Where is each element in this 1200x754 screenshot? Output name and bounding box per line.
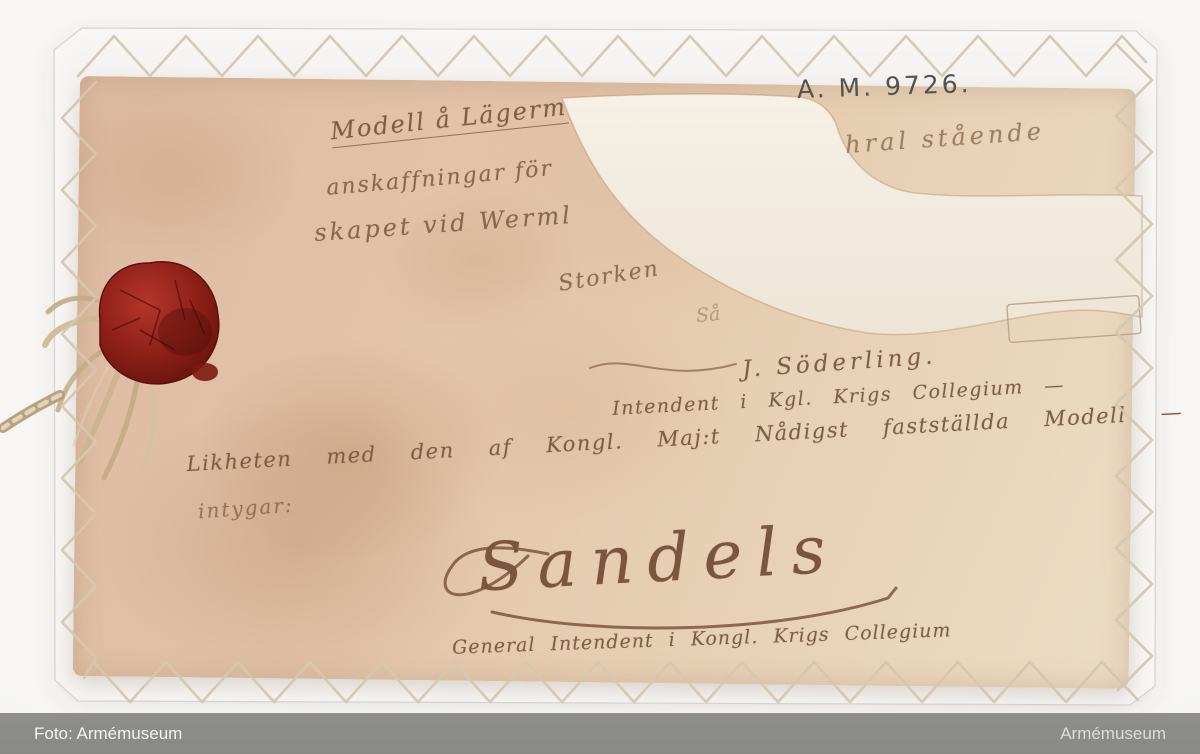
photo-credit: Foto: Armémuseum — [34, 724, 182, 744]
museum-name: Armémuseum — [1060, 724, 1166, 744]
zigzag-stitching-top — [78, 36, 1146, 76]
caption-bar: Foto: Armémuseum Armémuseum — [0, 713, 1200, 754]
zigzag-stitching-bottom — [94, 662, 1138, 702]
museum-photo: Modell å Lägerm anskaffningar för skapet… — [0, 0, 1200, 754]
zigzag-stitching-right — [1116, 44, 1152, 690]
zigzag-stitching-svg — [0, 0, 1200, 754]
zigzag-stitching-left — [62, 82, 96, 678]
